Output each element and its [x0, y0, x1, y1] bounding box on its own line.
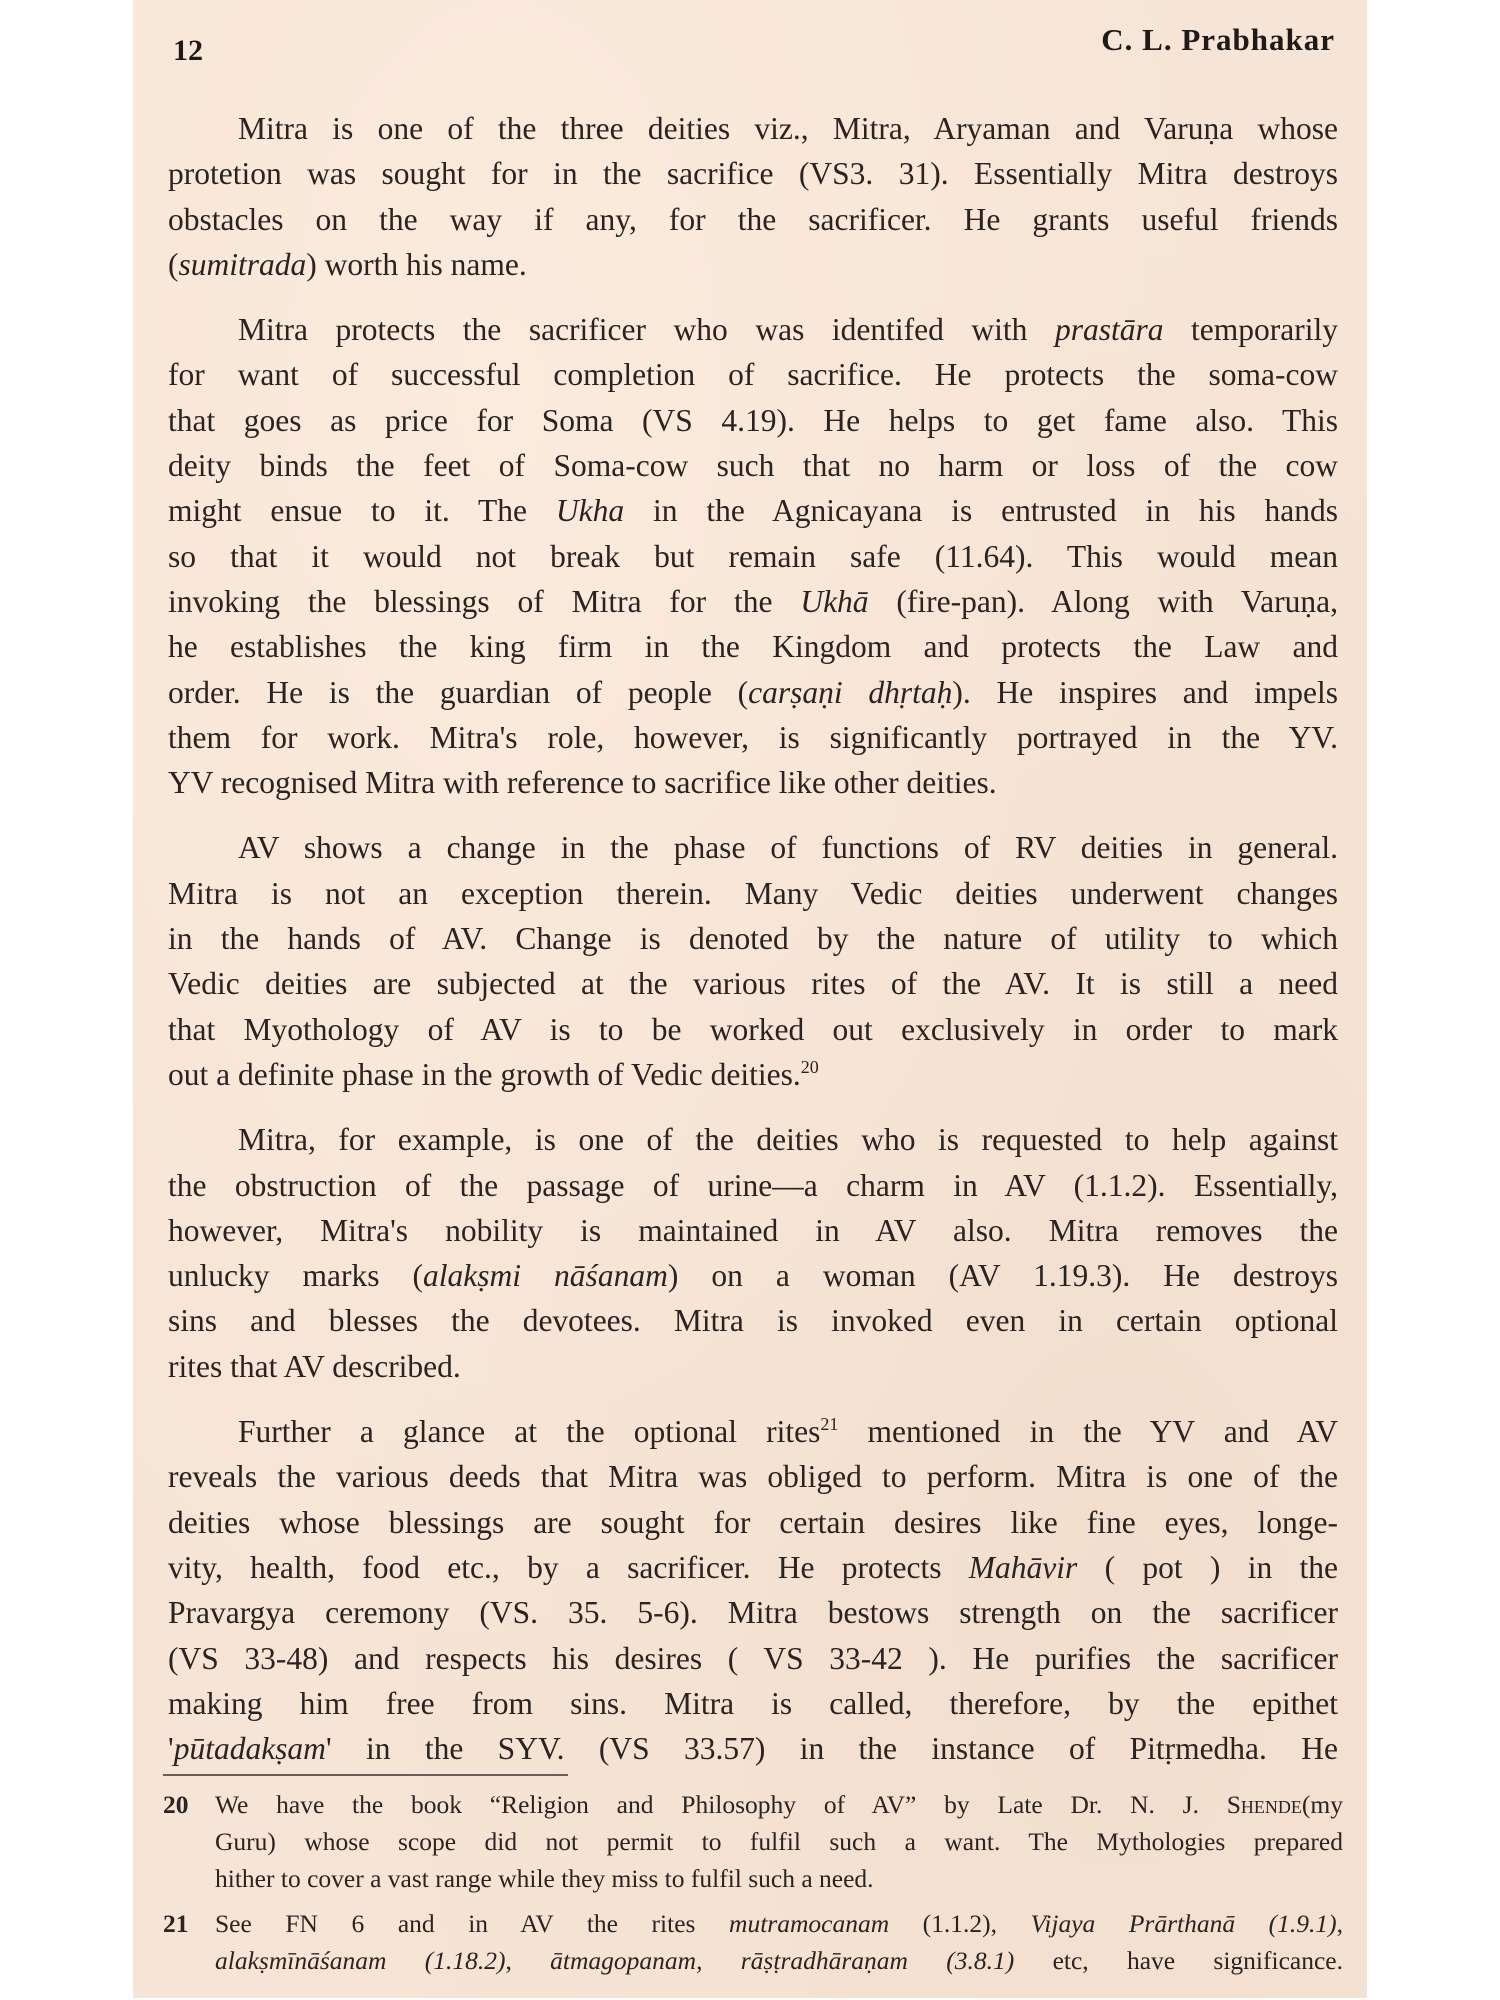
- body-text: Mitra is one of the three deities viz., …: [168, 106, 1338, 1791]
- text-line: 'pūtadakṣam' in the SYV. (VS 33.57) in t…: [168, 1726, 1338, 1771]
- italic-term: mutramocanam: [729, 1909, 889, 1938]
- paragraph: AV shows a change in the phase of functi…: [168, 825, 1338, 1097]
- text-line: AV shows a change in the phase of functi…: [168, 825, 1338, 870]
- book-page: 12 C. L. Prabhakar Mitra is one of the t…: [133, 0, 1367, 1998]
- text-line: deity binds the feet of Soma-cow such th…: [168, 443, 1338, 488]
- footnote-reference[interactable]: 21: [820, 1414, 838, 1434]
- text-line: out a definite phase in the growth of Ve…: [168, 1052, 1338, 1097]
- text-line: Mitra is not an exception therein. Many …: [168, 871, 1338, 916]
- italic-term: Ukhā: [800, 584, 868, 619]
- footnote-number: 20: [163, 1786, 189, 1823]
- text-line: Mitra protects the sacrificer who was id…: [168, 307, 1338, 352]
- text-line: protetion was sought for in the sacrific…: [168, 151, 1338, 196]
- footnote-number: 21: [163, 1905, 189, 1942]
- footnote-line: hither to cover a vast range while they …: [215, 1860, 1343, 1897]
- text-line: Vedic deities are subjected at the vario…: [168, 961, 1338, 1006]
- italic-term: Vijaya Prārthanā (1.9.1): [1031, 1909, 1337, 1938]
- text-line: he establishes the king firm in the King…: [168, 624, 1338, 669]
- text-line: order. He is the guardian of people (car…: [168, 670, 1338, 715]
- text-line: Further a glance at the optional rites21…: [168, 1409, 1338, 1454]
- text-line: for want of successful completion of sac…: [168, 352, 1338, 397]
- footnote-line: Guru) whose scope did not permit to fulf…: [215, 1823, 1343, 1860]
- text-line: invoking the blessings of Mitra for the …: [168, 579, 1338, 624]
- text-line: them for work. Mitra's role, however, is…: [168, 715, 1338, 760]
- text-line: unlucky marks (alakṣmi nāśanam) on a wom…: [168, 1253, 1338, 1298]
- italic-term: alakṣmīnāśanam (1.18.2): [215, 1946, 505, 1975]
- text-line: so that it would not break but remain sa…: [168, 534, 1338, 579]
- italic-term: alakṣmi nāśanam: [423, 1258, 668, 1293]
- italic-term: prastāra: [1055, 312, 1164, 347]
- text-line: in the hands of AV. Change is denoted by…: [168, 916, 1338, 961]
- footnote-20: 20We have the book “Religion and Philoso…: [163, 1786, 1343, 1897]
- small-caps-name: Shende: [1227, 1790, 1302, 1819]
- italic-term: ātmagopanam, rāṣṭradhāraṇam (3.8.1): [550, 1946, 1014, 1975]
- page-number: 12: [173, 34, 203, 68]
- italic-term: sumitrada: [179, 247, 307, 282]
- paragraph: Mitra is one of the three deities viz., …: [168, 106, 1338, 287]
- text-line: obstacles on the way if any, for the sac…: [168, 197, 1338, 242]
- italic-term: Mahāvir: [969, 1550, 1077, 1585]
- italic-term: carṣaṇi dhṛtaḥ: [748, 675, 952, 710]
- text-line: sins and blesses the devotees. Mitra is …: [168, 1298, 1338, 1343]
- running-head-author: C. L. Prabhakar: [1101, 22, 1335, 58]
- text-line: (VS 33-48) and respects his desires ( VS…: [168, 1636, 1338, 1681]
- footnotes: 20We have the book “Religion and Philoso…: [163, 1786, 1343, 1987]
- footnote-divider: [163, 1774, 568, 1776]
- text-line: Mitra is one of the three deities viz., …: [168, 106, 1338, 151]
- paragraph: Mitra protects the sacrificer who was id…: [168, 307, 1338, 805]
- text-line: rites that AV described.: [168, 1344, 1338, 1389]
- text-line: that goes as price for Soma (VS 4.19). H…: [168, 398, 1338, 443]
- text-line: might ensue to it. The Ukha in the Agnic…: [168, 488, 1338, 533]
- text-line: making him free from sins. Mitra is call…: [168, 1681, 1338, 1726]
- italic-term: Ukha: [556, 493, 624, 528]
- footnote-line: See FN 6 and in AV the rites mutramocana…: [215, 1905, 1343, 1942]
- paragraph: Mitra, for example, is one of the deitie…: [168, 1117, 1338, 1389]
- footnote-line: We have the book “Religion and Philosoph…: [215, 1786, 1343, 1823]
- footnote-21: 21See FN 6 and in AV the rites mutramoca…: [163, 1905, 1343, 1979]
- text-line: Pravargya ceremony (VS. 35. 5-6). Mitra …: [168, 1590, 1338, 1635]
- text-line: (sumitrada) worth his name.: [168, 242, 1338, 287]
- text-line: YV recognised Mitra with reference to sa…: [168, 760, 1338, 805]
- text-line: that Myothology of AV is to be worked ou…: [168, 1007, 1338, 1052]
- footnote-line: alakṣmīnāśanam (1.18.2), ātmagopanam, rā…: [215, 1942, 1343, 1979]
- running-head: 12 C. L. Prabhakar: [133, 22, 1367, 72]
- footnote-reference[interactable]: 20: [801, 1057, 819, 1077]
- italic-term: pūtadakṣam: [174, 1731, 326, 1766]
- text-line: vity, health, food etc., by a sacrificer…: [168, 1545, 1338, 1590]
- paragraph: Further a glance at the optional rites21…: [168, 1409, 1338, 1771]
- text-line: however, Mitra's nobility is maintained …: [168, 1208, 1338, 1253]
- text-line: Mitra, for example, is one of the deitie…: [168, 1117, 1338, 1162]
- text-line: the obstruction of the passage of urine—…: [168, 1163, 1338, 1208]
- text-line: deities whose blessings are sought for c…: [168, 1500, 1338, 1545]
- text-line: reveals the various deeds that Mitra was…: [168, 1454, 1338, 1499]
